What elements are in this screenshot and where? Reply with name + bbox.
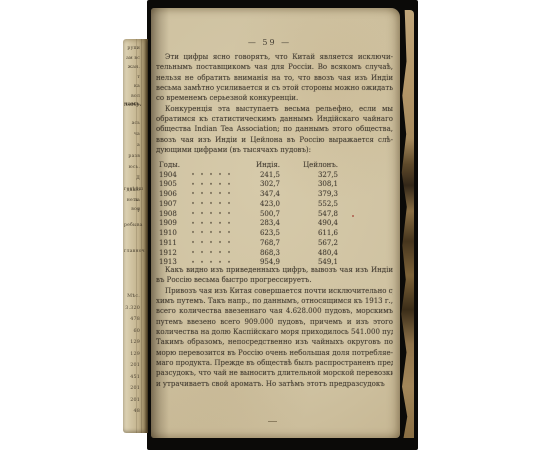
left-page-text-fragments: чамъ,	[124, 100, 140, 110]
text-fragment: рупи	[124, 44, 140, 54]
dot-leader	[191, 245, 234, 255]
text-line: дующими цифрами (въ тысячахъ пудовъ):	[156, 145, 393, 155]
india-value-cell: 623,5	[240, 229, 280, 239]
india-value-cell: 423,0	[240, 200, 280, 210]
dot-leader	[191, 225, 234, 235]
paragraphs-bottom: Какъ видно изъ приведенныхъ цифръ, вывоз…	[156, 265, 393, 389]
text-line: обратимся къ статистическимъ даннымъ Инд…	[156, 114, 393, 124]
dot-leader	[191, 167, 234, 177]
text-line: Привозъ чая изъ Китая совершается почти …	[156, 286, 393, 296]
ceylon-value-cell: 490,4	[292, 219, 338, 229]
text-fragment: чамъ,	[124, 100, 140, 110]
number-fragment: 129	[124, 337, 140, 349]
number-fragment: Мѣс.	[124, 291, 140, 303]
text-line: Конкуренція эта выступаетъ весьма рельеф…	[156, 104, 393, 114]
text-line: ввозъ чая изъ Индіи и Цейлона въ Россію …	[156, 135, 393, 145]
number-fragment: 3.320	[124, 303, 140, 315]
paragraphs-top: Эти цифры ясно говорятъ, что Китай являе…	[156, 52, 393, 155]
faint-scratch-mark	[268, 421, 277, 422]
text-line: весьма замѣтно усиливается и съ этой сто…	[156, 83, 393, 93]
number-fragment: 201	[124, 360, 140, 372]
text-line: морю перевозится въ Россію очень небольш…	[156, 348, 393, 358]
text-line: со временемъ серьезной конкуренціи.	[156, 93, 393, 103]
year-cell: 1909	[159, 219, 189, 229]
page-number: — 59 —	[151, 38, 388, 47]
text-line: общества Indian Tea Association; по данн…	[156, 124, 393, 134]
table-rows: 1904 241,5 327,5 1905 302,7 308,1 1906 3…	[159, 167, 338, 265]
text-line: Эти цифры ясно говорятъ, что Китай являе…	[156, 52, 393, 62]
number-fragment: 478	[124, 314, 140, 326]
open-book-photo: рупиам всжан. тка волнайбр. чамъ, ась ча…	[0, 0, 550, 450]
ceylon-value-cell: 567,2	[292, 239, 338, 249]
left-page-table-fragments: Мѣс.3.3204786012912920145120120148	[124, 291, 140, 418]
ceylon-value-cell: 480,4	[292, 249, 338, 259]
text-fragment: а разв	[124, 140, 140, 162]
left-page-text-fragments: дашоза вод	[124, 186, 140, 215]
year-cell: 1905	[159, 180, 189, 190]
text-line: маго продукта. Прежде въ обществѣ былъ р…	[156, 358, 393, 368]
year-cell: 1911	[159, 239, 189, 249]
col-header-ceylon: Цейлонъ.	[292, 161, 338, 171]
india-value-cell: 283,4	[240, 219, 280, 229]
left-page-text-fragments: главноч	[124, 247, 140, 257]
india-value-cell: 241,5	[240, 171, 280, 181]
ceylon-value-cell: 327,5	[292, 171, 338, 181]
col-header-india: Индія.	[240, 161, 280, 171]
dot-leader	[191, 255, 234, 265]
tea-import-table: Годы. Индія. Цейлонъ. 1904 241,5 327,5 1…	[159, 157, 338, 264]
ceylon-value-cell: 611,6	[292, 229, 338, 239]
year-cell: 1904	[159, 171, 189, 181]
number-fragment: 60	[124, 326, 140, 338]
leader-space	[191, 157, 234, 167]
number-fragment: 48	[124, 406, 140, 418]
text-line: тельнымъ поставщикомъ чая для Россіи. Во…	[156, 62, 393, 72]
india-value-cell: 500,7	[240, 210, 280, 220]
text-line: разсудокъ, что чай не выноситъ длительно…	[156, 368, 393, 378]
dot-leader	[191, 235, 234, 245]
text-fragment: дашо	[124, 186, 140, 196]
text-line: нельзя не обратить вниманія на то, что в…	[156, 73, 393, 83]
text-line: путемъ ввезено всего 909.000 пудовъ, при…	[156, 317, 393, 327]
text-line: количества на долю Каспійскаго моря прих…	[156, 327, 393, 337]
text-line: Какъ видно изъ приведенныхъ цифръ, вывоз…	[156, 265, 393, 275]
number-fragment: 201	[124, 383, 140, 395]
dot-leader	[191, 177, 234, 187]
text-fragment: главноч	[124, 247, 140, 257]
year-cell: 1906	[159, 190, 189, 200]
text-line: всего количества ввезеннаго чая 4.628.00…	[156, 306, 393, 316]
india-value-cell: 868,3	[240, 249, 280, 259]
number-fragment: 129	[124, 349, 140, 361]
ceylon-value-cell: 308,1	[292, 180, 338, 190]
text-fragment: жан. т	[124, 63, 140, 82]
year-cell: 1912	[159, 249, 189, 259]
text-fragment: за вод	[124, 196, 140, 215]
dot-leader	[191, 216, 234, 226]
number-fragment: 451	[124, 372, 140, 384]
table-header-row: Годы. Индія. Цейлонъ.	[159, 157, 338, 167]
ceylon-value-cell: 552,5	[292, 200, 338, 210]
text-line: въ Россію весьма быстро прогрессируетъ.	[156, 275, 393, 285]
book-page: — 59 — Эти цифры ясно говорятъ, что Кита…	[151, 8, 400, 438]
ceylon-value-cell: 547,8	[292, 210, 338, 220]
left-page-fore-edge: рупиам всжан. тка волнайбр. чамъ, ась ча…	[123, 39, 148, 433]
col-header-years: Годы.	[159, 161, 189, 171]
dot-leader	[191, 196, 234, 206]
text-fragment: ребыва	[124, 221, 140, 231]
dot-leader	[191, 206, 234, 216]
year-cell: 1910	[159, 229, 189, 239]
ceylon-value-cell: 379,3	[292, 190, 338, 200]
text-fragment: ка вол	[124, 82, 140, 101]
text-fragment: юсь. Д	[124, 162, 140, 184]
year-cell: 1907	[159, 200, 189, 210]
text-fragment: ам вс	[124, 54, 140, 64]
text-fragment: ась ча	[124, 118, 140, 140]
text-line: и утрачиваетъ свой ароматъ. Но затѣмъ эт…	[156, 379, 393, 389]
text-line: Такимъ образомъ, непосредственно изъ чай…	[156, 337, 393, 347]
india-value-cell: 768,7	[240, 239, 280, 249]
dot-leader	[191, 186, 234, 196]
text-line: химъ путемъ. Такъ напр., по даннымъ, отн…	[156, 296, 393, 306]
india-value-cell: 302,7	[240, 180, 280, 190]
red-stain-speck	[352, 215, 354, 217]
number-fragment: 201	[124, 395, 140, 407]
india-value-cell: 347,4	[240, 190, 280, 200]
year-cell: 1908	[159, 210, 189, 220]
left-page-text-fragments: ребыва	[124, 221, 140, 231]
